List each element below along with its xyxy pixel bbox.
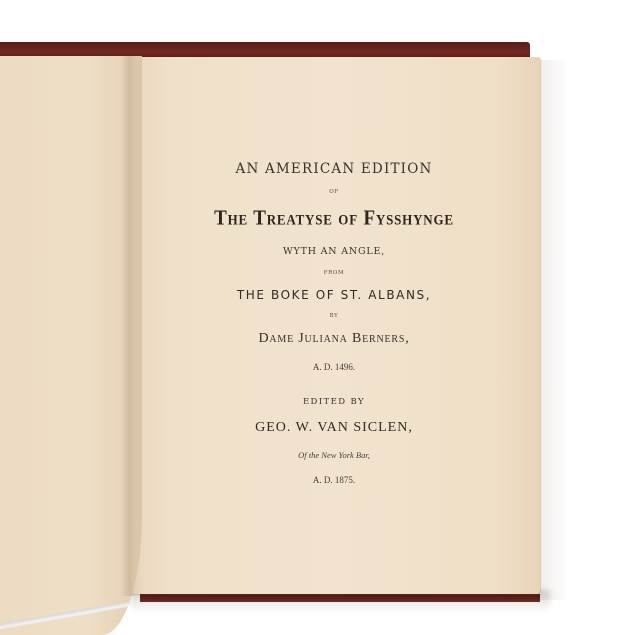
by-line: BY (128, 313, 540, 319)
left-page-edge (0, 600, 130, 635)
book-shadow-right (540, 60, 570, 600)
title-page-content: AN AMERICAN EDITION OF The Treatyse of F… (128, 57, 540, 594)
editor-affiliation: Of the New York Bar, (128, 450, 540, 460)
editor-name: GEO. W. VAN SICLEN, (128, 420, 540, 436)
book-photo: AN AMERICAN EDITION OF The Treatyse of F… (0, 0, 635, 635)
edition-line: AN AMERICAN EDITION (128, 161, 540, 177)
edition-date: A. D. 1875. (128, 475, 540, 485)
book-title: The Treatyse of Fysshynge (128, 207, 540, 232)
book-cover-bottom-edge (140, 594, 540, 602)
subtitle: WYTH AN ANGLE, (128, 246, 540, 257)
edited-by-line: EDITED BY (128, 397, 540, 407)
from-line: FROM (128, 270, 540, 276)
source-title: THE BOKE OF ST. ALBANS, (128, 288, 540, 302)
author-name: Dame Juliana Berners, (128, 331, 540, 347)
of-line: OF (128, 189, 540, 195)
author-date: A. D. 1496. (128, 362, 540, 372)
